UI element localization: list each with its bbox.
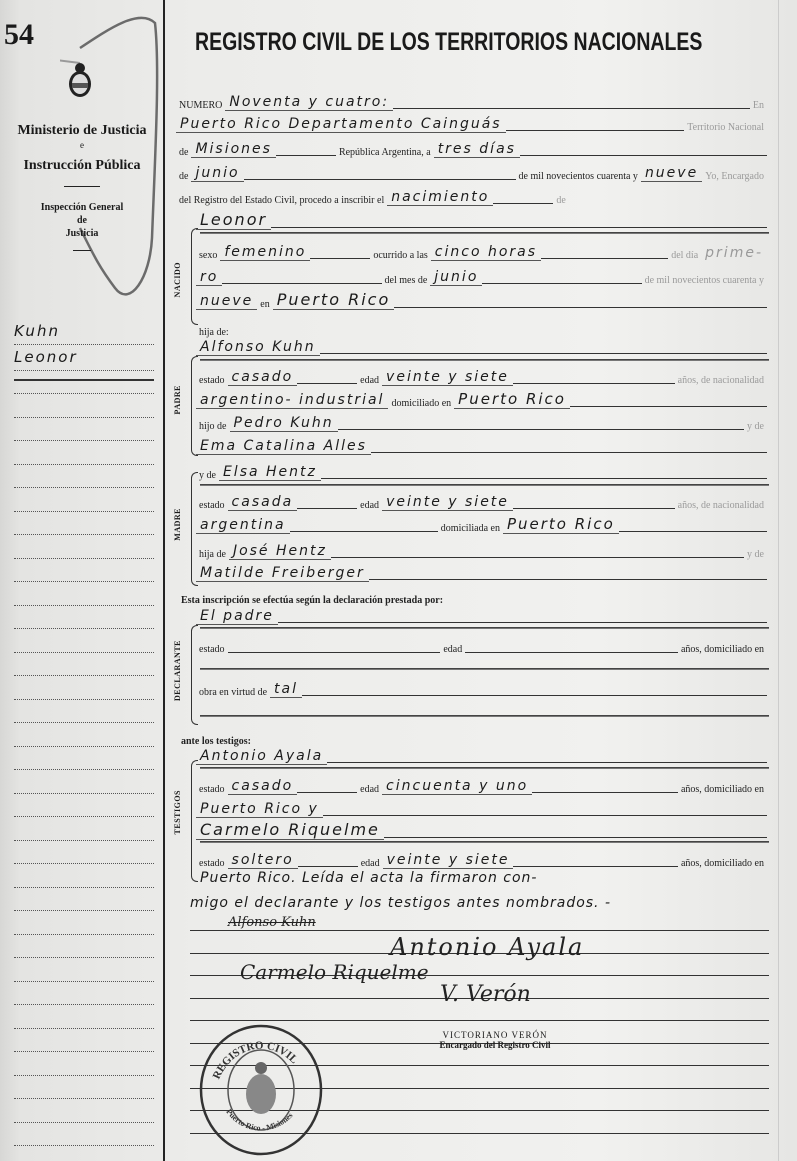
fill-line	[369, 579, 767, 580]
edad-label: edad	[358, 858, 383, 869]
fill-line	[465, 652, 678, 653]
page-edge	[778, 0, 779, 1161]
father-name: Alfonso Kuhn	[196, 339, 320, 356]
signature-declarante: Alfonso Kuhn	[228, 915, 316, 930]
stub-dotted-line	[14, 675, 154, 676]
maternal-grandmother: Matilde Freiberger	[196, 565, 369, 582]
month-value: junio	[430, 269, 482, 286]
numero-row: NUMERO Noventa y cuatro: En	[176, 91, 767, 111]
signature-witness1: Antonio Ayala	[390, 933, 584, 961]
fill-line	[323, 815, 767, 816]
mother-edad: veinte y siete	[382, 494, 513, 511]
fill-line	[506, 130, 685, 131]
mother-name: Elsa Hentz	[219, 464, 321, 481]
obra-label: obra en virtud de	[196, 687, 270, 698]
domicilio-label: domiciliado en	[388, 398, 454, 409]
hour-value: cinco horas	[431, 244, 541, 261]
folio-number: 54	[4, 18, 34, 52]
stub-dotted-line	[14, 487, 154, 488]
double-rule	[200, 668, 769, 670]
witness2-name: Carmelo Riquelme	[196, 820, 384, 840]
sexo-value: femenino	[220, 244, 310, 261]
de-label: de	[176, 171, 191, 182]
witness2-estado-row: estado soltero edad veinte y siete años,…	[196, 849, 767, 869]
stub-dotted-line	[14, 769, 154, 770]
numero-value: Noventa y cuatro:	[225, 94, 393, 111]
nacido-section-label: NACIDO	[173, 262, 182, 297]
ministry-line2: Instrucción Pública	[8, 157, 156, 175]
father-nationality: argentino- industrial	[196, 392, 388, 409]
fill-line	[290, 531, 438, 532]
mother-nationality: argentina	[196, 517, 290, 534]
fill-line	[222, 283, 381, 284]
inspection-line1: Inspección General	[8, 201, 156, 214]
edad-label: edad	[357, 500, 382, 511]
anos-label: años, de nacionalidad	[675, 375, 767, 386]
year-value: nueve	[196, 293, 257, 310]
de-label: de	[553, 195, 568, 206]
testigos-section-label: TESTIGOS	[173, 790, 182, 834]
numero-label: NUMERO	[176, 100, 225, 111]
double-rule	[200, 715, 769, 717]
month-row: de junio de mil novecientos cuarenta y n…	[176, 162, 767, 182]
closing-line1: Puerto Rico. Leída el acta la firmaron c…	[200, 870, 769, 886]
fill-line	[493, 203, 553, 204]
madre-section-label: MADRE	[173, 508, 182, 541]
territory-value: Misiones	[191, 141, 276, 158]
double-rule	[200, 484, 769, 486]
stub-surname: Kuhn	[14, 322, 60, 340]
witness2-edad: veinte y siete	[383, 852, 514, 869]
fill-line	[393, 108, 750, 109]
yo-label: Yo, Encargado	[702, 171, 767, 182]
fill-line	[228, 652, 441, 653]
stub-dotted-line	[14, 746, 154, 747]
inspection-rule	[73, 250, 91, 251]
fill-line	[320, 353, 767, 354]
stub-dotted-line	[14, 344, 154, 345]
father-edad: veinte y siete	[382, 369, 513, 386]
inspection-line2: de	[8, 214, 156, 227]
ministry-heading: Ministerio de Justicia e Instrucción Púb…	[8, 122, 156, 261]
year-value: nueve	[641, 165, 702, 182]
document-page: 54 Ministerio de Justicia e Instrucción …	[0, 0, 797, 1161]
father-domicilio: Puerto Rico	[454, 390, 570, 409]
birth-place: Puerto Rico	[273, 290, 395, 310]
fill-line	[394, 307, 767, 308]
registro-label: del Registro del Estado Civil, procedo a…	[176, 195, 387, 206]
mother-mother-row: Matilde Freiberger	[196, 562, 767, 582]
day-value-a: prime-	[701, 245, 767, 261]
testigos-intro-row: ante los testigos:	[178, 727, 767, 747]
hija-row: hija de:	[196, 318, 767, 338]
stub-dotted-line	[14, 957, 154, 958]
witness1-estado-row: estado casado edad cincuenta y uno años,…	[196, 775, 767, 795]
witness2-estado: soltero	[228, 852, 298, 869]
stub-dotted-line	[14, 440, 154, 441]
stub-dotted-line	[14, 628, 154, 629]
anos-label: años, domiciliado en	[678, 784, 767, 795]
ministry-rule	[64, 186, 100, 187]
fill-line	[244, 179, 516, 180]
nacido-name-row: Leonor	[196, 210, 767, 230]
obra-value: tal	[270, 681, 302, 698]
witness1-edad: cincuenta y uno	[382, 778, 532, 795]
stub-dotted-line	[14, 1075, 154, 1076]
y-de-label: y de	[744, 549, 767, 560]
territorio-label: Territorio Nacional	[684, 122, 767, 133]
birth-place-row: nueve en Puerto Rico	[196, 290, 767, 310]
father-nationality-row: argentino- industrial domiciliado en Pue…	[196, 389, 767, 409]
signature-officer: V. Verón	[440, 982, 531, 1007]
svg-text:REGISTRO CIVIL: REGISTRO CIVIL	[211, 1040, 300, 1081]
y-de-label: y de	[744, 421, 767, 432]
domicilio-label: domiciliada en	[438, 523, 503, 534]
mother-parents-row: hija de José Hentz y de	[196, 540, 767, 560]
fill-line	[298, 866, 358, 867]
fill-line	[278, 622, 767, 623]
fill-line	[338, 429, 744, 430]
mother-estado-row: estado casada edad veinte y siete años, …	[196, 491, 767, 511]
stub-dotted-line	[14, 887, 154, 888]
stub-given-name: Leonor	[14, 348, 78, 366]
double-rule	[200, 627, 769, 629]
fill-line	[570, 406, 767, 407]
day-value-b: ro	[196, 269, 222, 286]
mother-nationality-row: argentina domiciliada en Puerto Rico	[196, 514, 767, 534]
estado-label: estado	[196, 500, 228, 511]
stub-dotted-line	[14, 793, 154, 794]
stub-dotted-line	[14, 370, 154, 371]
witness1-domicilio: Puerto Rico y	[196, 801, 323, 818]
stub-dotted-line	[14, 558, 154, 559]
act-type: nacimiento	[387, 189, 493, 206]
stub-dotted-line	[14, 652, 154, 653]
fill-line	[619, 531, 767, 532]
fill-line	[513, 383, 675, 384]
anos-label: años, domiciliado en	[678, 858, 767, 869]
stub-dotted-line	[14, 1098, 154, 1099]
child-name: Leonor	[196, 210, 271, 230]
mes-label: del mes de	[382, 275, 431, 286]
place-row: Puerto Rico Departamento Cainguás Territ…	[176, 113, 767, 133]
father-name-row: Alfonso Kuhn	[196, 336, 767, 356]
month-value: junio	[191, 165, 243, 182]
fill-line	[331, 557, 744, 558]
stub-column: 54 Ministerio de Justicia e Instrucción …	[0, 0, 165, 1161]
closing-line2: migo el declarante y los testigos antes …	[190, 895, 769, 911]
witness2-name-row: Carmelo Riquelme	[196, 820, 767, 840]
witness1-name-row: Antonio Ayala	[196, 745, 767, 765]
fill-line	[297, 792, 357, 793]
territory-row: de Misiones República Argentina, a tres …	[176, 138, 767, 158]
declarante-section-label: DECLARANTE	[173, 640, 182, 701]
stub-dotted-line	[14, 1122, 154, 1123]
stub-dotted-line	[14, 981, 154, 982]
anos-label: años, domiciliado en	[678, 644, 767, 655]
place-value: Puerto Rico Departamento Cainguás	[176, 116, 506, 133]
signature-witness2: Carmelo Riquelme	[240, 960, 429, 984]
double-rule	[200, 359, 769, 361]
year-label: de mil novecientos cuarenta y	[642, 275, 767, 286]
fill-line	[513, 866, 677, 867]
ruled-line	[190, 930, 769, 931]
coat-of-arms-icon	[67, 58, 93, 98]
father-parents-row: hijo de Pedro Kuhn y de	[196, 412, 767, 432]
stub-dotted-line	[14, 464, 154, 465]
stub-divider	[163, 0, 165, 1161]
double-rule	[200, 767, 769, 769]
stub-dotted-line	[14, 816, 154, 817]
republica-label: República Argentina, a	[336, 147, 434, 158]
y-de-label: y de	[196, 470, 219, 481]
fill-line	[297, 383, 357, 384]
fill-line	[371, 452, 767, 453]
ocurrido-label: ocurrido a las	[370, 250, 430, 261]
paternal-grandmother: Ema Catalina Alles	[196, 438, 371, 455]
fill-line	[482, 283, 641, 284]
sexo-row: sexo femenino ocurrido a las cinco horas…	[196, 241, 767, 261]
fill-line	[276, 155, 336, 156]
de-label: de	[176, 147, 191, 158]
fill-line	[541, 258, 668, 259]
obra-row: obra en virtud de tal	[196, 678, 767, 698]
mes-row: ro del mes de junio de mil novecientos c…	[196, 266, 767, 286]
stub-dotted-line	[14, 1004, 154, 1005]
stub-dotted-line	[14, 722, 154, 723]
fill-line	[271, 227, 767, 228]
fill-line	[310, 258, 370, 259]
estado-label: estado	[196, 784, 228, 795]
inspection-line3: Justicia	[8, 227, 156, 240]
registro-row: del Registro del Estado Civil, procedo a…	[176, 186, 767, 206]
mother-name-row: y de Elsa Hentz	[196, 461, 767, 481]
stub-dotted-line	[14, 511, 154, 512]
father-estado-row: estado casado edad veinte y siete años, …	[196, 366, 767, 386]
officer-role: Encargado del Registro Civil	[405, 1040, 585, 1050]
stub-dotted-line	[14, 1028, 154, 1029]
ministry-conjunction: e	[8, 140, 156, 151]
page-title: REGISTRO CIVIL DE LOS TERRITORIOS NACION…	[195, 28, 702, 57]
fill-line	[327, 762, 767, 763]
hija-de-label: hija de	[196, 549, 229, 560]
declarante-intro-row: Esta inscripción se efectúa según la dec…	[178, 586, 767, 606]
mother-domicilio: Puerto Rico	[503, 515, 619, 534]
witness1-domicilio-row: Puerto Rico y	[196, 798, 767, 818]
stub-solid-line	[14, 379, 154, 381]
stub-dotted-line	[14, 699, 154, 700]
stub-dotted-line	[14, 393, 154, 394]
maternal-grandfather: José Hentz	[229, 543, 331, 560]
stub-dotted-line	[14, 534, 154, 535]
stub-dotted-line	[14, 863, 154, 864]
declarante-name-row: El padre	[196, 605, 767, 625]
fill-line	[302, 695, 767, 696]
year-label: de mil novecientos cuarenta y	[516, 171, 641, 182]
en-label: en	[257, 299, 272, 310]
registro-civil-stamp-icon: REGISTRO CIVIL Puerto Rico - Misiones	[198, 1020, 324, 1156]
edad-label: edad	[357, 784, 382, 795]
witness1-estado: casado	[228, 778, 298, 795]
officer-name: VICTORIANO VERÓN	[405, 1030, 585, 1040]
day-value: tres días	[434, 141, 520, 158]
dia-label: del día	[668, 250, 701, 261]
declarante-name: El padre	[196, 608, 278, 625]
ministry-line1: Ministerio de Justicia	[8, 122, 156, 140]
double-rule	[200, 232, 769, 234]
fill-line	[513, 508, 675, 509]
stub-dotted-line	[14, 934, 154, 935]
sexo-label: sexo	[196, 250, 220, 261]
edad-label: edad	[357, 375, 382, 386]
hijo-de-label: hijo de	[196, 421, 230, 432]
en-label: En	[750, 100, 767, 111]
double-rule	[200, 841, 769, 843]
edad-label: edad	[440, 644, 465, 655]
estado-label: estado	[196, 644, 228, 655]
witness1-name: Antonio Ayala	[196, 748, 327, 765]
officer-block: VICTORIANO VERÓN Encargado del Registro …	[405, 1030, 585, 1050]
fill-line	[532, 792, 678, 793]
padre-section-label: PADRE	[173, 385, 182, 414]
paternal-grandfather: Pedro Kuhn	[230, 415, 338, 432]
father-estado: casado	[228, 369, 298, 386]
stub-dotted-line	[14, 605, 154, 606]
fill-line	[520, 155, 767, 156]
anos-label: años, de nacionalidad	[675, 500, 767, 511]
stub-dotted-line	[14, 581, 154, 582]
mother-estado: casada	[228, 494, 298, 511]
father-mother-row: Ema Catalina Alles	[196, 435, 767, 455]
stub-dotted-line	[14, 1145, 154, 1146]
estado-label: estado	[196, 858, 228, 869]
fill-line	[297, 508, 357, 509]
stub-dotted-line	[14, 417, 154, 418]
fill-line	[384, 837, 767, 838]
stub-dotted-line	[14, 910, 154, 911]
stub-dotted-line	[14, 1051, 154, 1052]
estado-label: estado	[196, 375, 228, 386]
declarante-estado-row: estado edad años, domiciliado en	[196, 635, 767, 655]
fill-line	[321, 478, 767, 479]
stub-dotted-line	[14, 840, 154, 841]
